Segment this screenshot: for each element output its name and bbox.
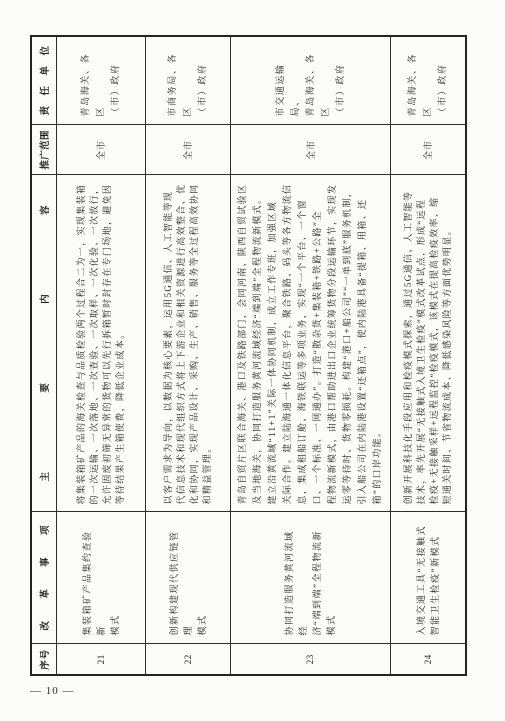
row21-no: 21 — [56, 644, 145, 675]
row24-no: 24 — [390, 644, 466, 675]
row23-responsible-unit: 市交通运输局、 青岛海关、各区 （市）政府 — [230, 36, 390, 125]
row23-no: 23 — [230, 644, 390, 675]
row24-responsible-unit: 青岛海关、各区 （市）政府 — [390, 36, 466, 125]
row22-responsible-unit: 市商务局、各区 （市）政府 — [145, 36, 230, 125]
row24-reform-item: 入境交通工具“无接触式 智能卫生检疫”新模式 — [390, 512, 466, 644]
document-page: 序号 改革事项 主要内容 推广范围 责任单位 21 集装箱矿产品集约查验新 模式… — [0, 0, 505, 721]
row22-no: 22 — [145, 644, 230, 675]
row22-promotion-scope: 全市 — [145, 125, 230, 175]
row22-reform-item: 创新构建现代供应链管理 模式 — [145, 512, 230, 644]
table-row-21: 21 集装箱矿产品集约查验新 模式 将集装箱矿产品的海关检查与品质检验两个过程合… — [56, 36, 145, 675]
header-no: 序号 — [31, 644, 56, 675]
table-row-23: 23 协同打造服务黄河流域经 济“端到端”全程物流新 模式 青岛自贸片区联合海关… — [230, 36, 390, 675]
row23-main-content: 青岛自贸片区联合海关、港口及铁路部门，会同河南、陕西自贸试验区 及当地海关，协同… — [230, 175, 390, 512]
header-reform-item: 改革事项 — [31, 512, 56, 644]
rotated-table-container: 序号 改革事项 主要内容 推广范围 责任单位 21 集装箱矿产品集约查验新 模式… — [30, 37, 465, 676]
header-main-content: 主要内容 — [31, 175, 56, 512]
page-number: — 10 — — [30, 685, 75, 697]
row23-reform-item: 协同打造服务黄河流域经 济“端到端”全程物流新 模式 — [230, 512, 390, 644]
row23-promotion-scope: 全市 — [230, 125, 390, 175]
header-row: 序号 改革事项 主要内容 推广范围 责任单位 — [31, 36, 56, 675]
row22-main-content: 以客户需求为导向，以数据为核心要素，运用5G通信、人工智能等现 代信息技术和现代… — [145, 175, 230, 512]
header-responsible-unit: 责任单位 — [31, 36, 56, 125]
header-promotion-scope: 推广范围 — [31, 125, 56, 175]
row21-reform-item: 集装箱矿产品集约查验新 模式 — [56, 512, 145, 644]
table-row-24: 24 入境交通工具“无接触式 智能卫生检疫”新模式 创新开展科技化手段应用和检疫… — [390, 36, 466, 675]
table-row-22: 22 创新构建现代供应链管理 模式 以客户需求为导向，以数据为核心要素，运用5G… — [145, 36, 230, 675]
row24-main-content: 创新开展科技化手段应用和检疫模式探索，通过5G通信、人工智能等 技术，率先开展“… — [390, 175, 466, 512]
row21-promotion-scope: 全市 — [56, 125, 145, 175]
row21-main-content: 将集装箱矿产品的海关检查与品质检验两个过程合二为一，实现集装箱 的一次运输、一次… — [56, 175, 145, 512]
row21-responsible-unit: 青岛海关、各区 （市）政府 — [56, 36, 145, 125]
reform-items-table: 序号 改革事项 主要内容 推广范围 责任单位 21 集装箱矿产品集约查验新 模式… — [30, 35, 467, 676]
row24-promotion-scope: 全市 — [390, 125, 466, 175]
